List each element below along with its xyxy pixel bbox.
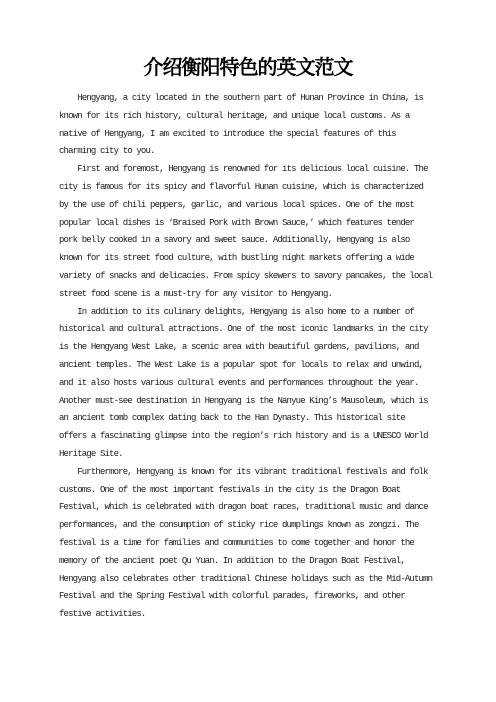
text-line: In addition to its culinary delights, He… bbox=[59, 304, 443, 322]
document-page: 介绍衡阳特色的英文范文 Hengyang, a city located in … bbox=[0, 0, 496, 702]
text-line: and it also hosts various cultural event… bbox=[59, 375, 443, 393]
document-body: Hengyang, a city located in the southern… bbox=[59, 90, 443, 624]
text-line: variety of snacks and delicacies. From s… bbox=[59, 268, 443, 286]
text-line: First and foremost, Hengyang is renowned… bbox=[59, 161, 443, 179]
text-line: Festival, which is celebrated with drago… bbox=[59, 499, 443, 517]
text-line: street food scene is a must-try for any … bbox=[59, 286, 443, 304]
text-line: native of Hengyang, I am excited to intr… bbox=[59, 126, 443, 144]
text-line: Festival and the Spring Festival with co… bbox=[59, 588, 443, 606]
document-title: 介绍衡阳特色的英文范文 bbox=[0, 54, 496, 82]
text-line: Furthermore, Hengyang is known for its v… bbox=[59, 464, 443, 482]
text-line: Another must-see destination in Hengyang… bbox=[59, 393, 443, 411]
text-line: historical and cultural attractions. One… bbox=[59, 321, 443, 339]
text-line: ancient temples. The West Lake is a popu… bbox=[59, 357, 443, 375]
text-line: is the Hengyang West Lake, a scenic area… bbox=[59, 339, 443, 357]
text-line: offers a fascinating glimpse into the re… bbox=[59, 428, 443, 446]
text-line: customs. One of the most important festi… bbox=[59, 482, 443, 500]
text-line: Heritage Site. bbox=[59, 446, 443, 464]
text-line: an ancient tomb complex dating back to t… bbox=[59, 410, 443, 428]
text-line: city is famous for its spicy and flavorf… bbox=[59, 179, 443, 197]
text-line: known for its rich history, cultural her… bbox=[59, 108, 443, 126]
text-line: Hengyang also celebrates other tradition… bbox=[59, 571, 443, 589]
text-line: performances, and the consumption of sti… bbox=[59, 517, 443, 535]
text-line: popular local dishes is ‘Braised Pork wi… bbox=[59, 215, 443, 233]
text-line: festival is a time for families and comm… bbox=[59, 535, 443, 553]
text-line: festive activities. bbox=[59, 606, 443, 624]
text-line: by the use of chili peppers, garlic, and… bbox=[59, 197, 443, 215]
text-line: known for its street food culture, with … bbox=[59, 250, 443, 268]
text-line: charming city to you. bbox=[59, 143, 443, 161]
text-line: pork belly cooked in a savory and sweet … bbox=[59, 232, 443, 250]
text-line: Hengyang, a city located in the southern… bbox=[59, 90, 443, 108]
text-line: memory of the ancient poet Qu Yuan. In a… bbox=[59, 553, 443, 571]
